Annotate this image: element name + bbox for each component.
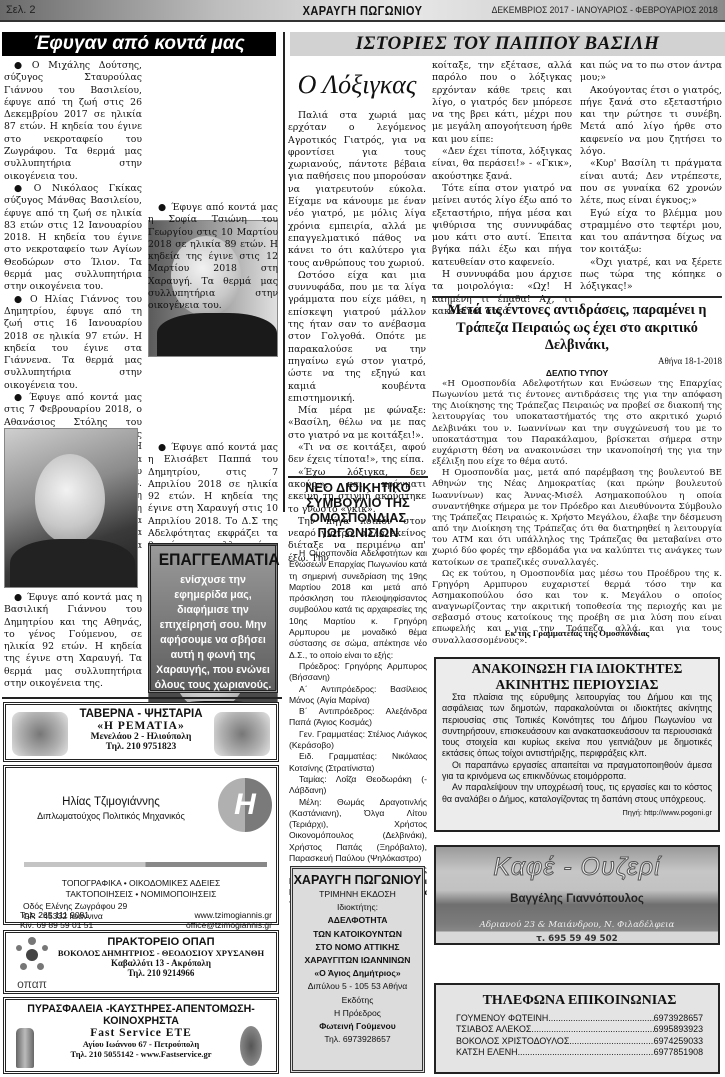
obituaries-banner: Έφυγαν από κοντά μας <box>2 32 276 56</box>
bank-signature: Εκ της Γραμματείας της Ομοσπονδίας <box>432 628 722 638</box>
divider <box>2 697 282 699</box>
notice-source-link[interactable]: Πηγή: http://www.pogoni.gr <box>442 808 712 817</box>
fire-extinguisher-icon <box>16 1028 34 1068</box>
bank-date: Αθήνα 18-1-2018 <box>432 356 722 366</box>
obituary-caption: Έφυγε από κοντά μας η Σοφία Τσιώνη του Γ… <box>148 202 278 313</box>
contact-row: ΤΣΙΑΒΟΣ ΑΛΕΚΟΣ6995893923 <box>456 1024 703 1035</box>
contact-row: ΓΟΥΜΕΝΟΥ ΦΩΤΕΙΝΗ6973928657 <box>456 1013 703 1024</box>
advertise-promo-box: ΕΠΑΓΓΕΛΜΑΤΙΑ ενίσχυσε την εφημερίδα μας,… <box>148 543 278 693</box>
obituary-item: Ο Νικόλαος Γκίκας σύζυγος Μάνθας Βασιλεί… <box>4 183 142 294</box>
masthead-box: ΧΑΡΑΥΓΗ ΠΩΓΩΝΙΟΥ ΤΡΙΜΗΝΗ ΕΚΔΟΣΗ Ιδιοκτήτ… <box>290 866 425 1073</box>
engineer-email-link[interactable]: office@tzimogiannis.gr <box>150 920 272 930</box>
press-release-label: ΔΕΛΤΙΟ ΤΥΠΟΥ <box>432 368 722 378</box>
board-member: Πρόεδρος: Γρηγόρης Αρμπυρος (Βήσσανη) <box>289 661 427 684</box>
bank-headline: Μετά τις έντονες αντιδράσεις, παραμένει … <box>432 302 722 355</box>
page-header: Σελ. 2 ΧΑΡΑΥΓΗ ΠΩΓΩΝΙΟΥ ΔΕΚΕΜΒΡΙΟΣ 2017 … <box>0 0 725 22</box>
food-image-icon <box>12 712 68 756</box>
ad-opap: οπαπ ΠΡΑΚΤΟΡΕΙΟ ΟΠΑΠ ΒΟΚΟΛΟΣ ΔΗΜΗΤΡΙΟΣ -… <box>3 930 279 994</box>
board-member: Ταμίας: Λοΐζα Θεοδωράκη (-Λάβδανη) <box>289 774 427 797</box>
obituary-item: Ο Ηλίας Γιάννος του Δημητρίου, έφυγε από… <box>4 294 142 392</box>
newspaper-title: ΧΑΡΑΥΓΗ ΠΩΓΩΝΙΟΥ <box>275 3 449 18</box>
engineer-phones: Τηλ. 265 111 9081 Κιν. 69 89 59 01 51 <box>20 910 93 930</box>
story-title: Ο Λόξιγκας <box>288 70 426 100</box>
promo-heading: ΕΠΑΓΓΕΛΜΑΤΙΑ <box>159 550 268 570</box>
contact-row: ΒΟΚΟΛΟΣ ΧΡΙΣΤΟΔΟΥΛΟΣ6974259033 <box>456 1036 703 1047</box>
contacts-title: ΤΗΛΕΦΩΝΑ ΕΠΙΚΟΙΝΩΝΙΑΣ <box>456 993 703 1009</box>
obituary-photo-vasiliki <box>4 428 138 588</box>
promo-text: ενίσχυσε την εφημερίδα μας, διαφήμισε τη… <box>154 573 272 693</box>
issue-date: ΔΕΚΕΜΒΡΙΟΣ 2017 - ΙΑΝΟΥΑΡΙΟΣ - ΦΕΒΡΟΥΑΡΙ… <box>491 5 725 16</box>
engineer-logo-icon: H <box>218 778 272 832</box>
board-member: Ειδ. Γραμματέας: Νικόλαος Κοτσίνης (Στρα… <box>289 751 427 774</box>
divider <box>288 476 428 478</box>
ad-taverna: ΤΑΒΕΡΝΑ - ΨΗΣΤΑΡΙΑ «Η ΡΕΜΑΤΙΑ» Μενελάου … <box>3 702 279 762</box>
engineer-web: www.tzimogiannis.gr office@tzimogiannis.… <box>150 910 272 930</box>
contact-phones-box: ΤΗΛΕΦΩΝΑ ΕΠΙΚΟΙΝΩΝΙΑΣ ΓΟΥΜΕΝΟΥ ΦΩΤΕΙΝΗ69… <box>434 983 720 1074</box>
obituary-caption: Έφυγε από κοντά μας η Βασιλική Γιάννου τ… <box>4 592 142 690</box>
contact-row: ΚΑΤΣΗ ΕΛΕΝΗ6977851908 <box>456 1047 703 1058</box>
board-member: Β΄ Αντιπρόεδρος: Αλεξάνδρα Παπά (Άγιος Κ… <box>289 706 427 729</box>
obituary-item: Ο Μιχάλης Δούτσης, σύζυγος Σταυρούλας Γι… <box>4 60 142 183</box>
board-headline: ΝΕΟ ΔΙΟΙΚΗΤΙΚΟ ΣΥΜΒΟΥΛΙΟ ΤΗΣ ΟΜΟΣΠΟΝΔΙΑΣ… <box>288 480 428 540</box>
board-article: Η Ομοσπονδία Αδελφοτήτων και Ενώσεων Επα… <box>289 548 427 910</box>
grill-image-icon <box>214 712 270 756</box>
ad-fastservice: ΠΥΡΑΣΦΑΛΕΙΑ -ΚΑΥΣΤΗΡΕΣ-ΑΠΕΝΤΟΜΩΣΗ- ΚΟΙΝΟ… <box>3 997 279 1074</box>
board-member: Γεν. Γραμματέας: Στέλιος Λιάγκος (Κεράσο… <box>289 729 427 752</box>
page-number: Σελ. 2 <box>0 4 260 16</box>
board-member: Μέλη: Θωμάς Δραγοτινλής (Καστάνιανη), Όλ… <box>289 797 427 865</box>
engineer-website-link[interactable]: www.tzimogiannis.gr <box>150 910 272 920</box>
ad-cafe-ouzeri: Καφέ - Ουζερί Βαγγέλης Γιαννόπουλος Αδρι… <box>434 845 720 945</box>
opap-logo-icon: οπαπ <box>10 937 54 991</box>
story-column-2: κοίταξε, την εξέτασε, αλλά παρόλο που ο … <box>432 60 572 318</box>
ad-engineer: Ηλίας Τζιμογιάννης Διπλωματούχος Πολιτικ… <box>3 765 279 925</box>
divider <box>24 862 267 867</box>
board-member: Α΄ Αντιπρόεδρος: Βασίλειος Μάνος (Αγία Μ… <box>289 684 427 707</box>
bank-article-body: «Η Ομοσπονδία Αδελφοτήτων και Ενώσεων τη… <box>432 379 722 647</box>
divider <box>432 296 722 298</box>
story-column-3: και πώς να το πω στον άντρα μου;» Ακούγο… <box>580 60 722 294</box>
property-notice-box: ΑΝΑΚΟΙΝΩΣΗ ΓΙΑ ΙΔΙΟΚΤΗΤΕΣ ΑΚΙΝΗΤΗΣ ΠΕΡΙΟ… <box>434 657 720 832</box>
notice-title: ΑΝΑΚΟΙΝΩΣΗ ΓΙΑ ΙΔΙΟΚΤΗΤΕΣ ΑΚΙΝΗΤΗΣ ΠΕΡΙΟ… <box>442 661 712 692</box>
cockroach-icon <box>240 1026 262 1066</box>
stories-banner: ΙΣΤΟΡΙΕΣ ΤΟΥ ΠΑΠΠΟΥ ΒΑΣΙΛΗ <box>290 32 725 56</box>
column-divider <box>283 32 285 512</box>
